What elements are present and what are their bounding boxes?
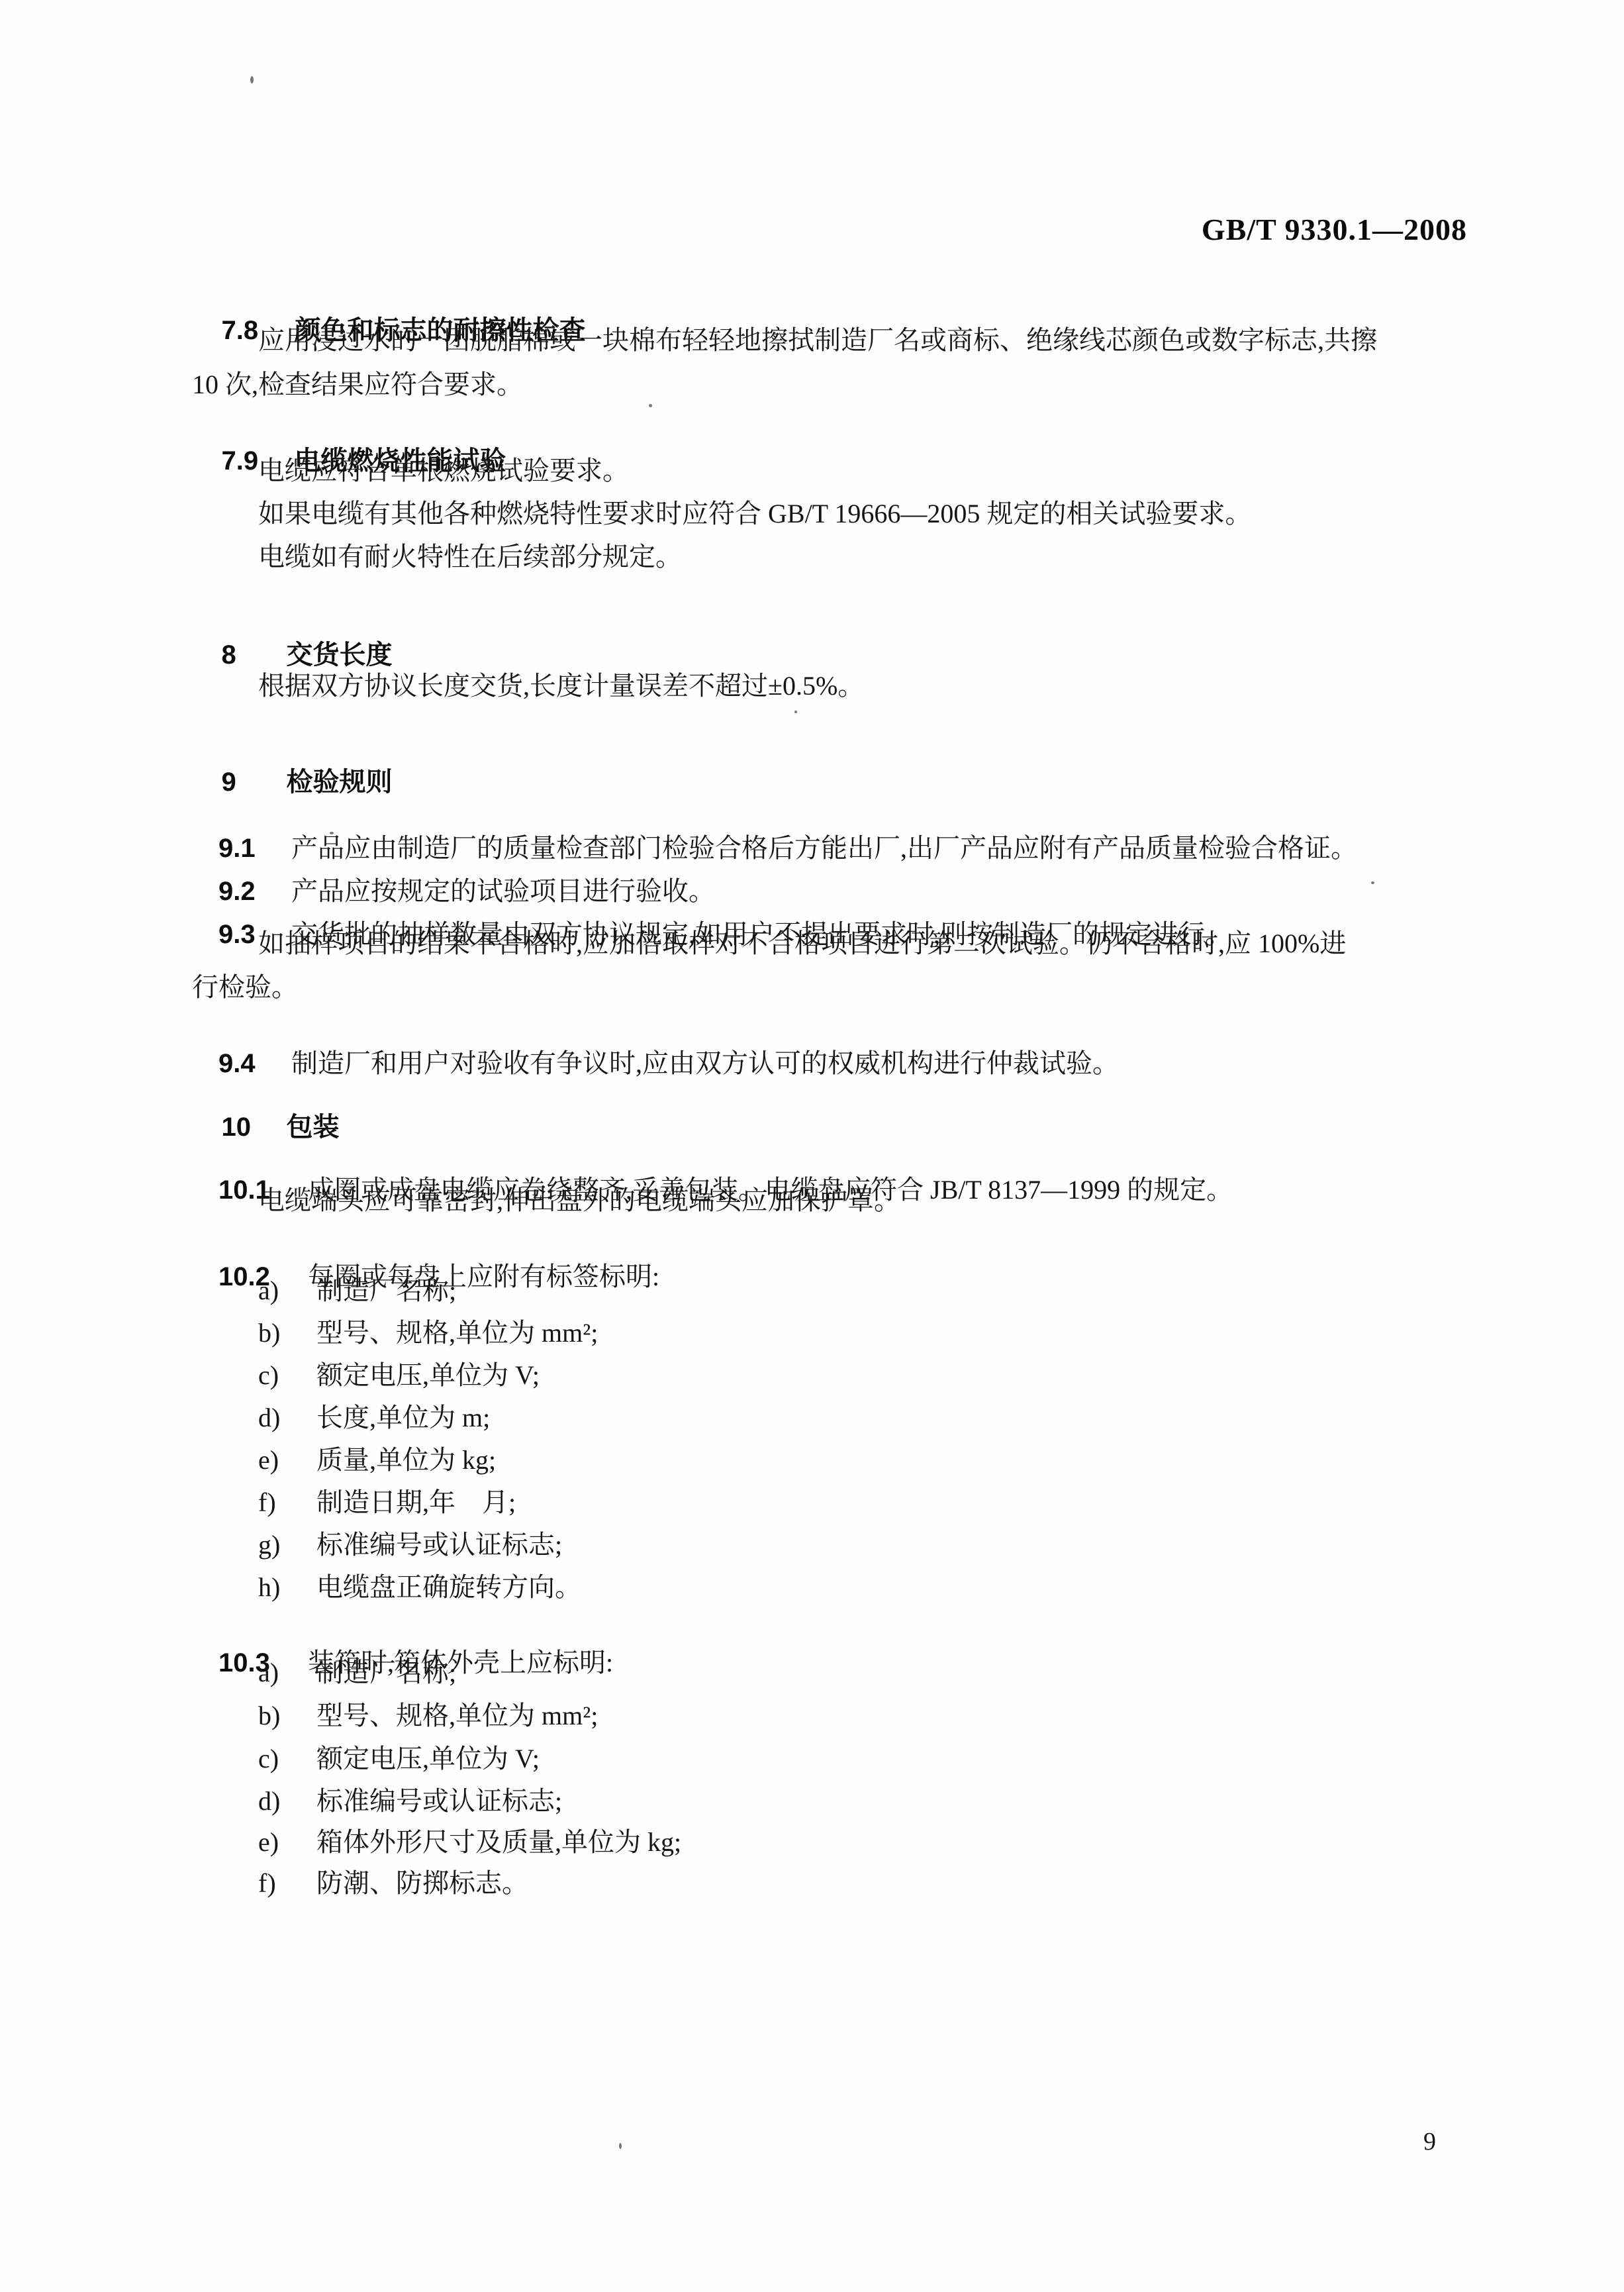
list-item: b)型号、规格,单位为 mm²; [258, 1699, 598, 1732]
list-item: a)制造厂名称; [258, 1656, 456, 1689]
section-title: 交货长度 [286, 640, 392, 670]
section-number: 9 [221, 766, 286, 799]
list-text: 标准编号或认证标志; [316, 1530, 562, 1560]
list-letter: a) [258, 1274, 316, 1307]
list-text: 质量,单位为 kg; [316, 1445, 496, 1475]
list-text: 电缆盘正确旋转方向。 [316, 1572, 581, 1602]
clause-7-8-para-line-1: 应用浸过水的一团脱脂棉或一块棉布轻轻地擦拭制造厂名或商标、绝缘线芯颜色或数字标志… [258, 324, 1377, 357]
list-text: 制造日期,年 月; [316, 1487, 516, 1517]
scan-speck [330, 832, 334, 834]
section-number: 8 [221, 638, 286, 672]
list-item: g)标准编号或认证标志; [258, 1528, 562, 1562]
list-item: d)标准编号或认证标志; [258, 1785, 562, 1818]
scan-speck [794, 711, 797, 713]
document-page: GB/T 9330.1—2008 7.8颜色和标志的耐擦性检查 应用浸过水的一团… [0, 0, 1624, 2292]
list-letter: b) [258, 1317, 316, 1350]
list-item: e)箱体外形尺寸及质量,单位为 kg; [258, 1826, 681, 1859]
clause-7-9-para-1: 电缆应符合单根燃烧试验要求。 [258, 454, 629, 487]
list-item: c)额定电压,单位为 V; [258, 1359, 540, 1392]
clause-10-1-para-1: 电缆端头应可靠密封,伸出盘外的电缆端头应加保护罩。 [258, 1184, 900, 1217]
list-item: h)电缆盘正确旋转方向。 [258, 1571, 581, 1604]
list-text: 额定电压,单位为 V; [316, 1360, 540, 1390]
list-text: 型号、规格,单位为 mm²; [316, 1318, 598, 1348]
list-letter: c) [258, 1359, 316, 1392]
list-item: e)质量,单位为 kg; [258, 1444, 496, 1477]
clause-number: 9.4 [218, 1047, 291, 1080]
section-number: 10 [221, 1111, 286, 1144]
clause-7-9-para-2: 如果电缆有其他各种燃烧特性要求时应符合 GB/T 19666—2005 规定的相… [258, 497, 1251, 530]
doc-code: GB/T 9330.1—2008 [1202, 212, 1467, 247]
list-letter: g) [258, 1528, 316, 1562]
list-letter: f) [258, 1486, 316, 1519]
clause-text: 制造厂和用户对验收有争议时,应由双方认可的权威机构进行仲裁试验。 [291, 1048, 1119, 1078]
list-letter: d) [258, 1785, 316, 1818]
list-text: 防潮、防掷标志。 [316, 1868, 528, 1898]
list-letter: c) [258, 1742, 316, 1775]
list-letter: e) [258, 1444, 316, 1477]
list-item: c)额定电压,单位为 V; [258, 1742, 540, 1775]
scan-speck [1371, 881, 1374, 884]
list-letter: e) [258, 1826, 316, 1859]
scan-speck [619, 2143, 622, 2149]
list-text: 箱体外形尺寸及质量,单位为 kg; [316, 1827, 681, 1857]
list-text: 额定电压,单位为 V; [316, 1744, 540, 1773]
clause-9-3-para-line-2: 行检验。 [192, 971, 298, 1004]
list-letter: d) [258, 1401, 316, 1434]
list-letter: a) [258, 1656, 316, 1689]
list-text: 型号、规格,单位为 mm²; [316, 1701, 598, 1730]
list-text: 制造厂名称; [316, 1658, 456, 1687]
list-item: b)型号、规格,单位为 mm²; [258, 1317, 598, 1350]
section-title: 包装 [286, 1113, 339, 1142]
list-text: 长度,单位为 m; [316, 1403, 490, 1432]
list-text: 标准编号或认证标志; [316, 1786, 562, 1816]
list-text: 制造厂名称; [316, 1275, 456, 1305]
list-letter: f) [258, 1867, 316, 1900]
clause-7-8-para-line-2: 10 次,检查结果应符合要求。 [192, 368, 523, 401]
section-title: 检验规则 [286, 768, 392, 797]
list-letter: b) [258, 1699, 316, 1732]
section-8-para-1: 根据双方协议长度交货,长度计量误差不超过±0.5%。 [258, 670, 864, 703]
clause-7-9-para-3: 电缆如有耐火特性在后续部分规定。 [258, 540, 682, 573]
list-item: f)制造日期,年 月; [258, 1486, 516, 1519]
list-letter: h) [258, 1571, 316, 1604]
list-item: f)防潮、防掷标志。 [258, 1867, 528, 1900]
list-item: d)长度,单位为 m; [258, 1401, 490, 1434]
clause-9-3-para-line-1: 如抽样项目的结果不合格时,应加倍取样对不合格项目进行第二次试验。仍不合格时,应 … [258, 927, 1346, 960]
list-item: a)制造厂名称; [258, 1274, 456, 1307]
scan-speck [649, 404, 652, 407]
page-number: 9 [1423, 2127, 1436, 2156]
scan-speck [250, 76, 254, 83]
